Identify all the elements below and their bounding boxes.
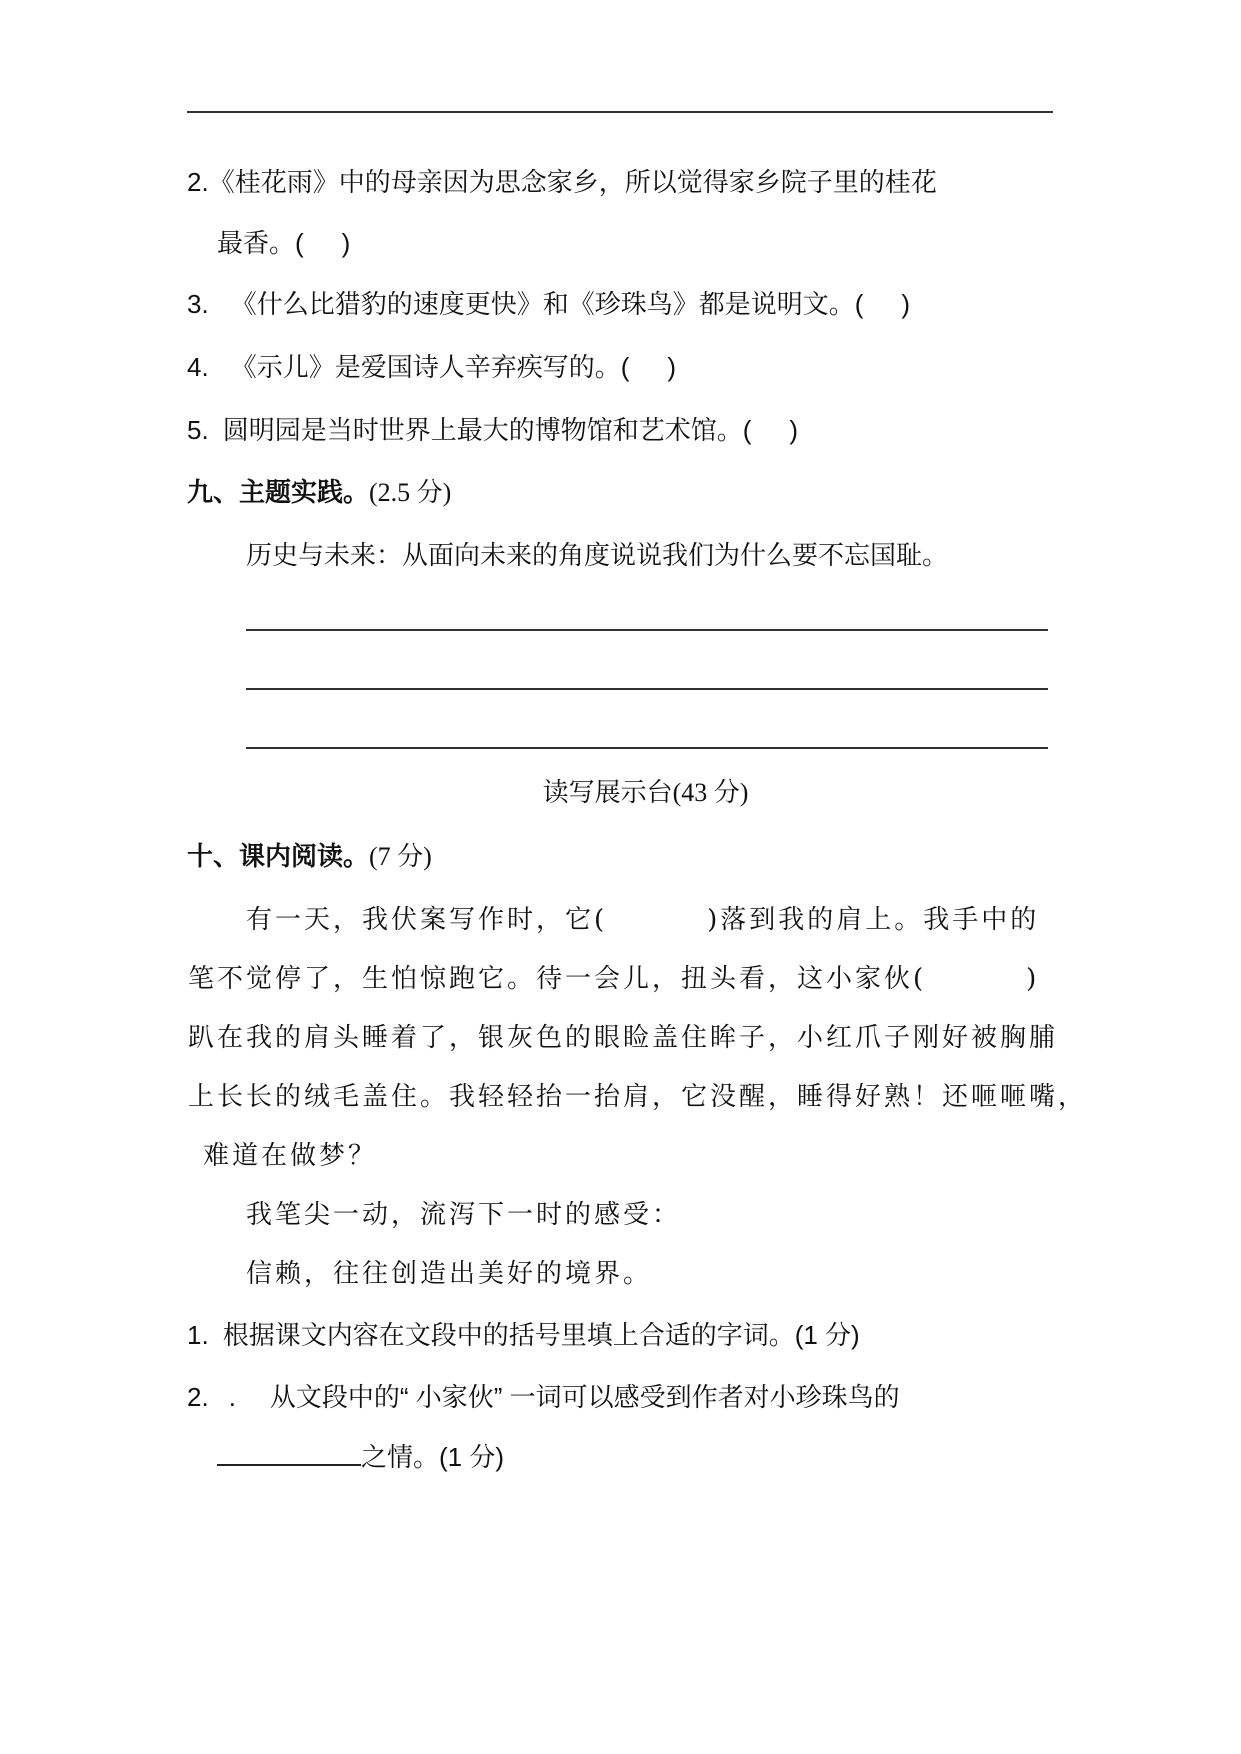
part-title-text: 读写展示台(43 分) [543,778,749,807]
close-paren: ) [342,228,351,258]
judgement-item-2-cont: 最香。() [217,226,350,260]
answer-line-top [187,111,1053,113]
passage-text: 我笔尖一动，流泻下一时的感受： [246,1200,681,1230]
item-number: 2. [187,167,209,197]
question-number: 2. [187,1382,209,1412]
judgement-item-4: 4.《示儿》是爱国诗人辛弃疾写的。() [187,350,676,384]
passage-text: )落到我的肩上。我手中的 [707,905,1039,935]
question-2: 2..从文段中的“ 小家伙” 一词可以感受到作者对小珍珠鸟的 [187,1380,900,1414]
answer-line-3[interactable] [246,747,1048,749]
passage-text: 信赖，往往创造出美好的境界。 [246,1259,652,1289]
judgement-item-3: 3.《什么比猎豹的速度更快》和《珍珠鸟》都是说明文。() [187,287,910,321]
question-text: 之情。(1 分) [361,1442,504,1472]
item-number: 3. [187,289,209,319]
passage-line-5: 难道在做梦？ [203,1139,377,1173]
passage-line-7: 信赖，往往创造出美好的境界。 [246,1257,652,1291]
item-number: 4. [187,352,209,382]
item-text: 《什么比猎豹的速度更快》和《珍珠鸟》都是说明文。( [231,289,864,319]
section-points: (7 分) [369,842,432,871]
exam-page: 2.《桂花雨》中的母亲因为思念家乡，所以觉得家乡院子里的桂花 最香。() 3.《… [0,0,1241,1754]
answer-line-2[interactable] [246,688,1048,690]
prompt-text: 历史与未来：从面向未来的角度说说我们为什么要不忘国耻。 [246,540,948,570]
passage-text: 有一天，我伏案写作时，它( [246,905,607,935]
section-points: (2.5 分) [369,478,451,507]
section-title: 十、课内阅读。 [187,841,369,871]
close-paren: ) [901,289,910,319]
passage-text: ) [1026,964,1039,994]
judgement-item-5: 5.圆明园是当时世界上最大的博物馆和艺术馆。() [187,413,798,447]
passage-text: 笔不觉停了，生怕惊跑它。待一会儿，扭头看，这小家伙( [188,964,926,994]
passage-line-6: 我笔尖一动，流泻下一时的感受： [246,1198,681,1232]
part-title: 读写展示台(43 分) [0,776,1241,810]
item-text: 《桂花雨》中的母亲因为思念家乡，所以觉得家乡院子里的桂花 [209,167,937,197]
item-text: 《示儿》是爱国诗人辛弃疾写的。( [231,352,630,382]
close-paren: ) [789,415,798,445]
question-text: 从文段中的“ 小家伙” 一词可以感受到作者对小珍珠鸟的 [270,1382,900,1412]
passage-line-4: 上长长的绒毛盖住。我轻轻抬一抬肩，它没醒，睡得好熟！还咂咂嘴， [188,1080,1087,1114]
question-text: 根据课文内容在文段中的括号里填上合适的字词。(1 分) [223,1320,860,1350]
item-number: 5. [187,415,209,445]
fill-in-blank[interactable] [217,1463,361,1466]
question-1: 1.根据课文内容在文段中的括号里填上合适的字词。(1 分) [187,1318,860,1352]
section-title: 九、主题实践。 [187,477,369,507]
question-number: 1. [187,1320,209,1350]
judgement-item-2: 2.《桂花雨》中的母亲因为思念家乡，所以觉得家乡院子里的桂花 [187,165,937,199]
section-9-prompt: 历史与未来：从面向未来的角度说说我们为什么要不忘国耻。 [246,538,948,572]
passage-text: 趴在我的肩头睡着了，银灰色的眼睑盖住眸子，小红爪子刚好被胸脯 [188,1023,1058,1053]
passage-line-2: 笔不觉停了，生怕惊跑它。待一会儿，扭头看，这小家伙() [188,962,1039,996]
passage-line-1: 有一天，我伏案写作时，它()落到我的肩上。我手中的 [246,903,1039,937]
answer-line-1[interactable] [246,629,1048,631]
passage-text: 难道在做梦？ [203,1141,377,1171]
item-text: 最香。( [217,228,304,258]
section-9-heading: 九、主题实践。(2.5 分) [187,475,451,510]
close-paren: ) [667,352,676,382]
item-text: 圆明园是当时世界上最大的博物馆和艺术馆。( [223,415,752,445]
question-dot: . [229,1382,236,1412]
passage-line-3: 趴在我的肩头睡着了，银灰色的眼睑盖住眸子，小红爪子刚好被胸脯 [188,1021,1058,1055]
passage-text: 上长长的绒毛盖住。我轻轻抬一抬肩，它没醒，睡得好熟！还咂咂嘴， [188,1082,1087,1112]
question-2-cont: 之情。(1 分) [217,1440,504,1474]
section-10-heading: 十、课内阅读。(7 分) [187,839,432,874]
